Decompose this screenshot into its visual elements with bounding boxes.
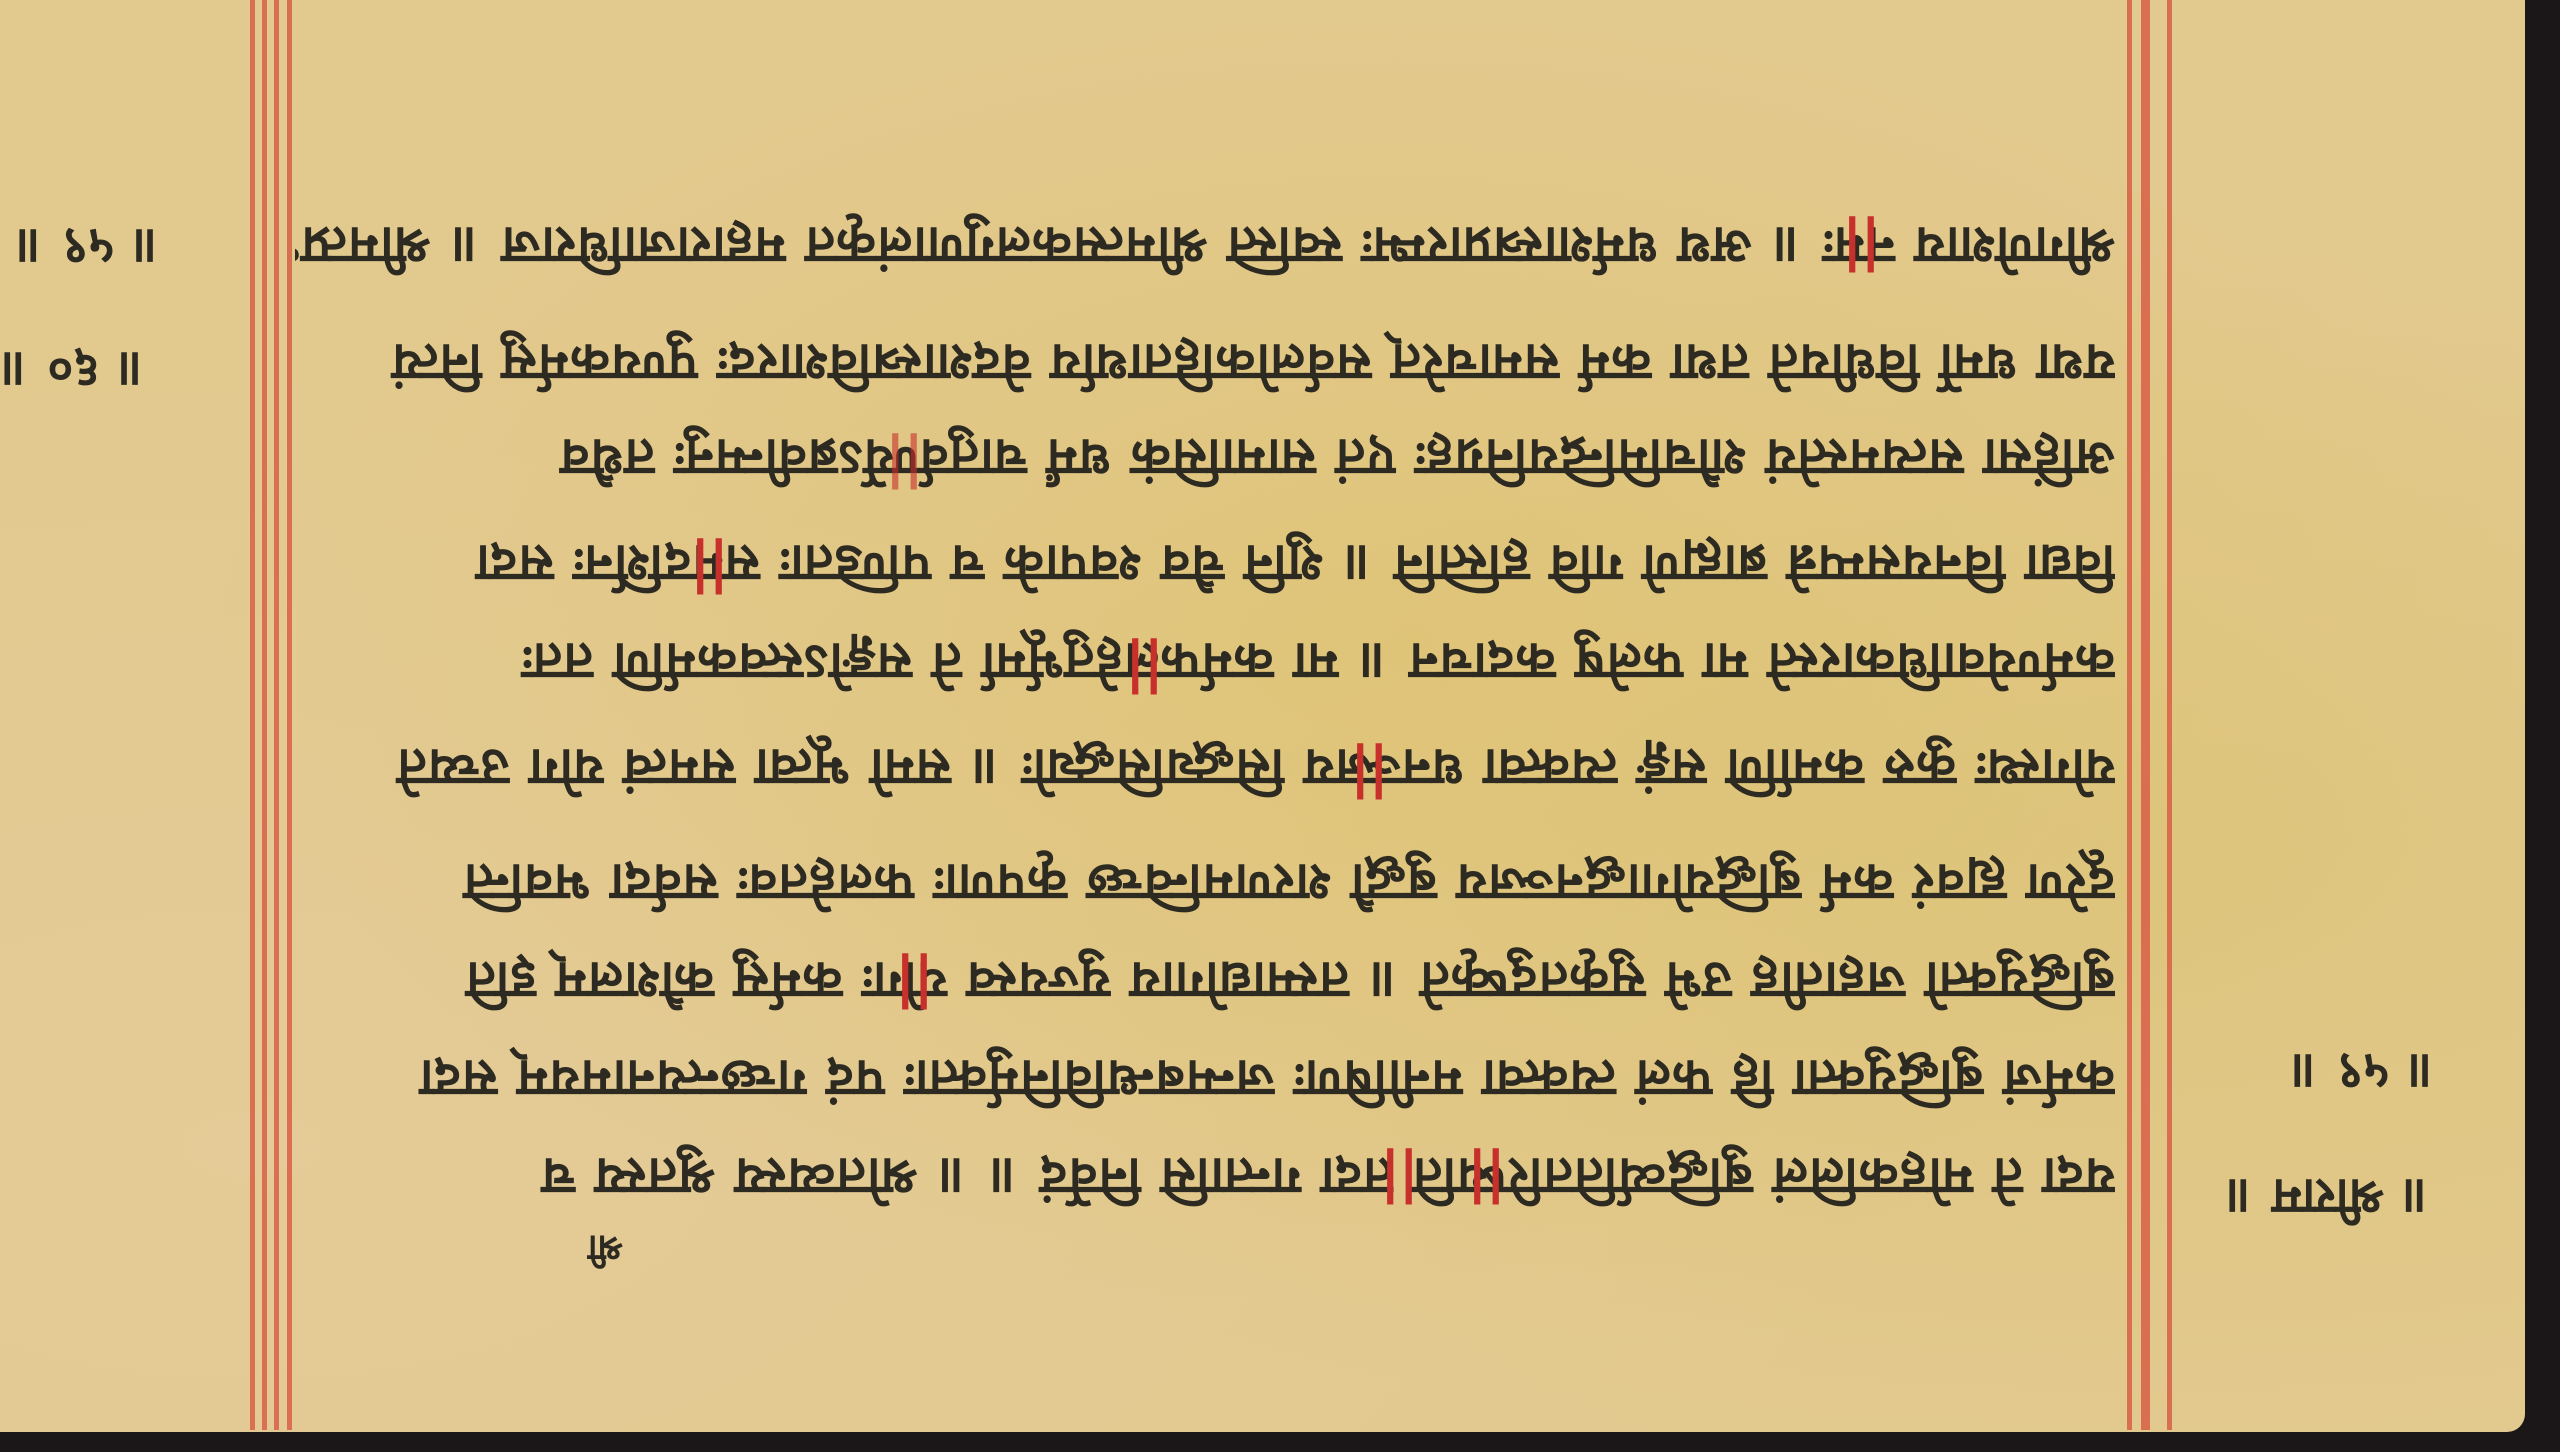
rubric-danda: || (1125, 630, 1162, 695)
rubric-danda: || (690, 530, 727, 595)
text-line: बुद्धियुक्तो जहातीह उभे सुकृतदुष्कृते ॥ … (295, 945, 2115, 1015)
rubric-danda: || (1467, 1140, 1504, 1205)
left-margin-note: ॥ ६० ॥ (0, 338, 147, 406)
rubric-danda: || (885, 425, 922, 490)
right-margin-note: ॥ श्रीराम ॥ (2225, 1165, 2431, 1233)
left-rule-line (287, 0, 292, 1430)
rubric-danda: || (1350, 735, 1387, 800)
right-rule-line (2141, 0, 2150, 1430)
right-margin-note: ॥ ५९ ॥ (2290, 1040, 2437, 1108)
right-rule-line (2167, 0, 2172, 1430)
text-line: कर्मजं बुद्धियुक्ता हि फलं त्यक्त्वा मनी… (295, 1043, 2115, 1113)
text-line: कर्मण्येवाधिकारस्ते मा फलेषु कदाचन ॥ मा … (295, 626, 2115, 696)
folio-note: श्री (588, 1225, 623, 1274)
left-rule-line (274, 0, 279, 1430)
rubric-danda: || (1380, 1140, 1417, 1205)
text-line: अहिंसा सत्यमस्तेयं शौचमिन्द्रियनिग्रहः ए… (295, 422, 2115, 492)
left-rule-line (250, 0, 255, 1430)
text-line: योगस्थः कुरु कर्माणि सङ्गं त्यक्त्वा धनञ… (295, 732, 2115, 802)
rubric-danda: || (1842, 208, 1879, 273)
rubric-danda: || (895, 945, 932, 1010)
left-rule-line (262, 0, 267, 1430)
text-line: विद्या विनयसम्पन्ने ब्राह्मणे गवि हस्तिन… (295, 528, 2115, 598)
text-line: दूरेण ह्यवरं कर्म बुद्धियोगाद्धनञ्जय बुद… (295, 847, 2115, 917)
text-line: यदा ते मोहकलिलं बुद्धिर्व्यतितरिष्यति तद… (295, 1141, 2115, 1211)
manuscript-folio: ॥ ५९ ॥ ॥ ६० ॥ ॥ ५९ ॥ ॥ श्रीराम ॥ श्रीगणे… (0, 0, 2525, 1432)
text-line: यथा धर्मो विधीयते तथा कर्म समाचरेत् सर्व… (295, 327, 2115, 397)
right-rule-line (2127, 0, 2132, 1430)
left-margin-note: ॥ ५९ ॥ (15, 215, 162, 283)
